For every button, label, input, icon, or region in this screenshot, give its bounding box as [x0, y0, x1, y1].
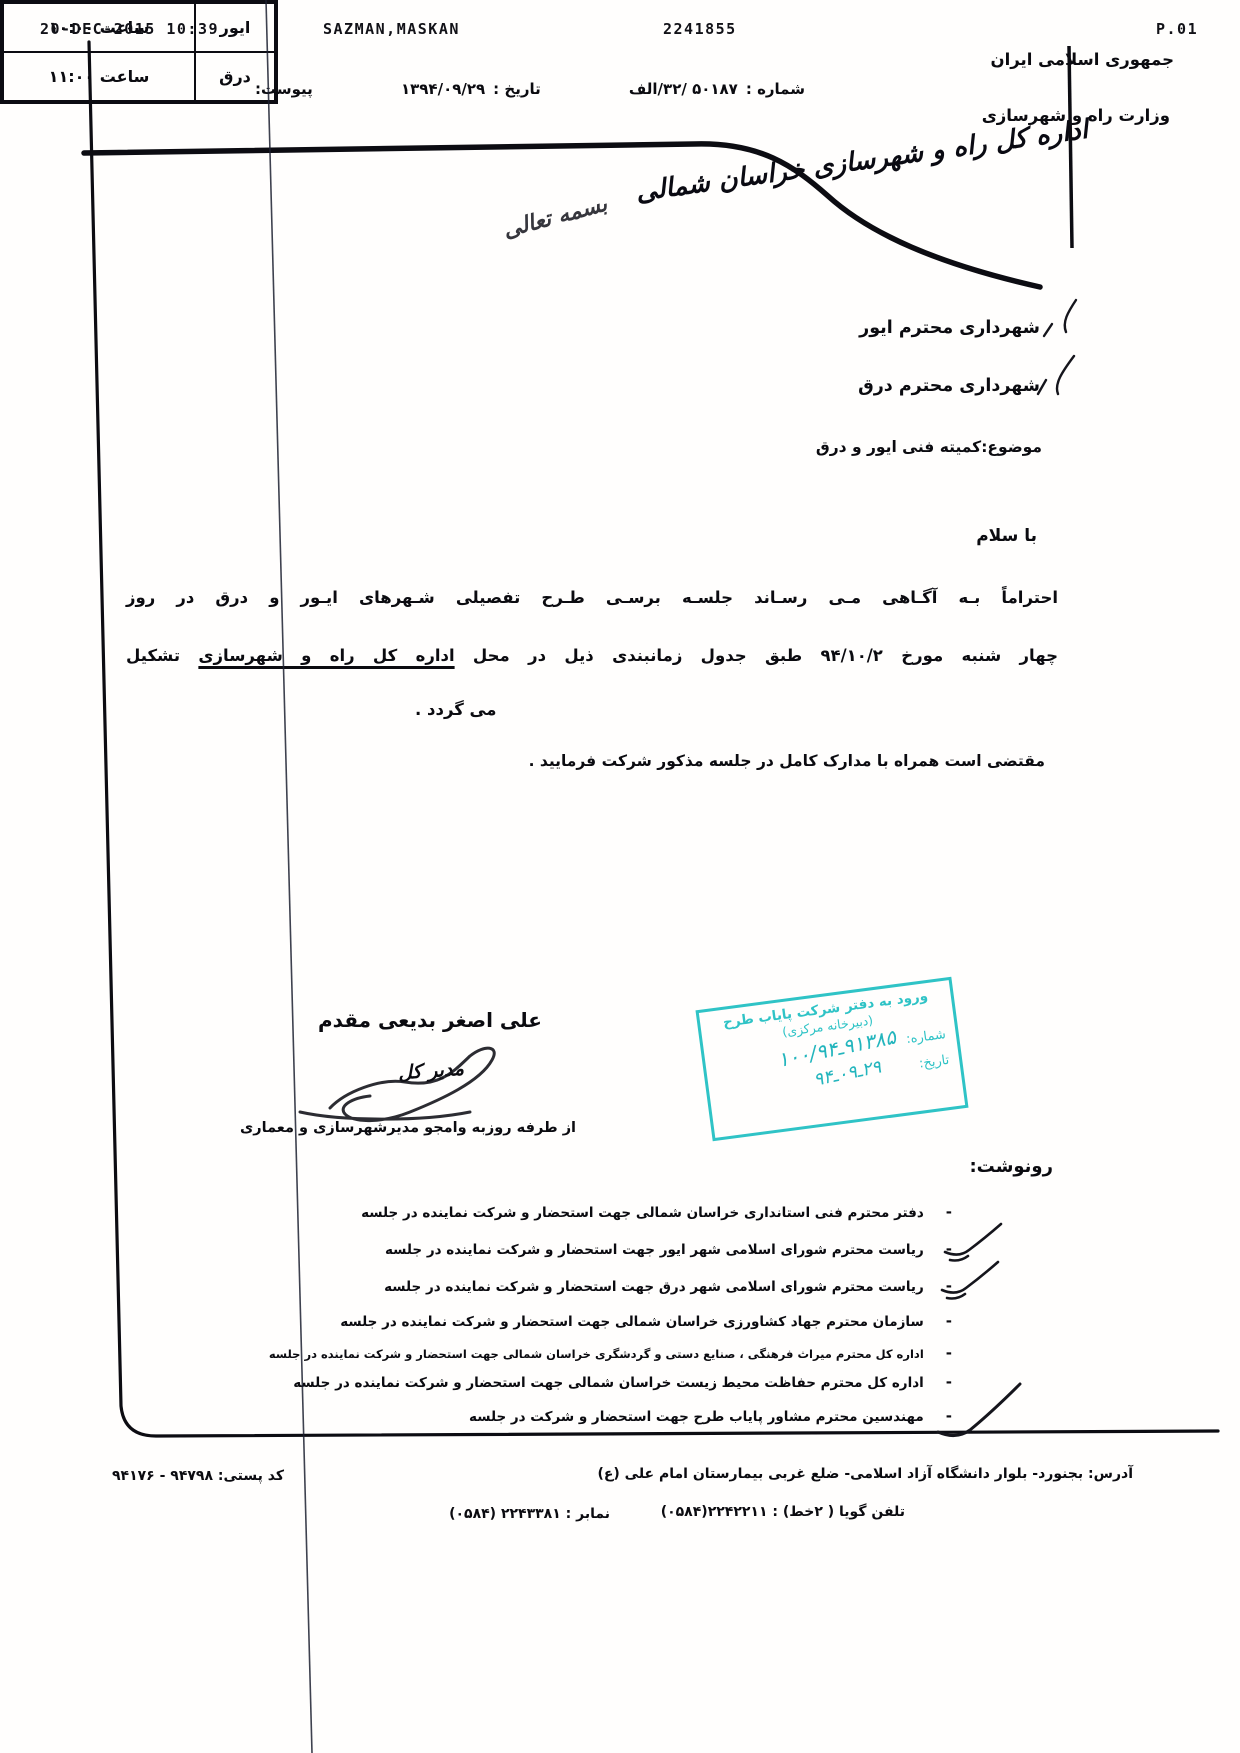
footer-postal-code: کد پستی: ۹۴۷۹۸ - ۹۴۱۷۶	[112, 1468, 284, 1484]
scan-artifacts-overlay	[0, 0, 1240, 1753]
cc-dash: -	[946, 1407, 952, 1425]
letter-attachment-field: پیوست:	[255, 80, 313, 98]
footer-phone: تلفن گویا ( ۲خط) : ۲۲۴۲۲۱۱(۰۵۸۴)	[661, 1504, 905, 1520]
cc-dash: -	[946, 1277, 952, 1295]
cc-checkmark	[945, 1224, 1001, 1261]
cc-item: - ریاست محترم شورای اسلامی شهر ایور جهت …	[385, 1240, 952, 1258]
body-paragraph-line1: احتراماً بـه آگـاهی مـی رسـاند جلسـه برس…	[126, 588, 1058, 607]
cc-item-text: سازمان محترم جهاد کشاورزی خراسان شمالی ج…	[340, 1314, 924, 1330]
cc-item: - دفتر محترم فنی استانداری خراسان شمالی …	[361, 1203, 952, 1221]
page-frame-border	[89, 42, 1218, 1436]
letterhead-fields: شماره : ۵۰۱۸۷ /۳۲/الف تاریخ : ۱۳۹۴/۰۹/۲۹…	[255, 80, 805, 98]
body-request-line: مقتضی است همراه با مدارک کامل در جلسه مذ…	[529, 752, 1045, 770]
cc-dash: -	[946, 1240, 952, 1258]
cc-item-text: اداره کل محترم حفاظت محیط زیست خراسان شم…	[293, 1375, 924, 1391]
greeting: با سلام	[976, 526, 1037, 546]
letter-attachment-label: پیوست:	[255, 80, 313, 98]
signatory-title: مدیر کل	[397, 1058, 464, 1085]
fax-code: 2241855	[663, 20, 737, 38]
company-receipt-stamp: ورود به دفتر شرکت پایاب طرح (دبیرخانه مر…	[695, 977, 968, 1142]
letter-date-value: ۱۳۹۴/۰۹/۲۹	[401, 80, 485, 98]
cc-dash: -	[946, 1312, 952, 1330]
cc-dash: -	[946, 1373, 952, 1391]
letter-number-label: شماره :	[746, 80, 805, 98]
cc-item-text: ریاست محترم شورای اسلامی شهر ایور جهت اس…	[385, 1242, 924, 1258]
cc-item: - اداره کل محترم میراث فرهنگی ، صنایع دس…	[269, 1344, 952, 1362]
signature-scribble	[300, 1048, 494, 1120]
scan-fold-line	[266, 0, 312, 1753]
cc-dash: -	[946, 1344, 952, 1362]
recipient-handwritten-mark	[1044, 300, 1076, 336]
fax-datetime: 20-DEC-2015 10:39	[40, 20, 219, 38]
cc-item: - مهندسین محترم مشاور پایاب طرح جهت استح…	[469, 1407, 952, 1425]
fax-page-number: P.01	[1156, 20, 1198, 38]
body-line2-pre: چهار شنبه مورخ ۹۴/۱۰/۲ طبق جدول زمانبندی…	[455, 646, 1058, 665]
letterhead-office-calligraphy: اداره کل راه و شهرسازی خراسان شمالی	[634, 115, 1090, 208]
cc-item: - ریاست محترم شورای اسلامی شهر درق جهت ا…	[384, 1277, 952, 1295]
recipient-ayor: شهرداری محترم ایور	[859, 318, 1040, 338]
bismillah-calligraphy: بسمه تعالی	[501, 192, 610, 244]
fax-sender: SAZMAN,MASKAN	[323, 20, 460, 38]
body-line2-post: تشکیل	[126, 646, 198, 665]
footer-address: آدرس: بجنورد- بلوار دانشگاه آزاد اسلامی-…	[597, 1466, 1133, 1482]
subject-line: موضوع:کمیته فنی ایور و درق	[816, 438, 1042, 456]
footer-fax-number: نمابر : ۲۲۴۳۳۸۱ (۰۵۸۴)	[449, 1506, 610, 1522]
schedule-table: ایور ساعت ۱۰:۰۰ درق ساعت ۱۱:۰۰	[0, 0, 278, 104]
letterhead-country: جمهوری اسلامی ایران	[991, 50, 1174, 69]
signature-on-behalf-note: از طرفه روزبه وامجو مدیرشهرسازی و معماری	[240, 1120, 576, 1136]
recipient-handwritten-mark	[1038, 356, 1074, 394]
letter-date-field: تاریخ : ۱۳۹۴/۰۹/۲۹	[401, 80, 541, 98]
body-paragraph-line3: می گردد .	[415, 700, 496, 719]
cc-item: - اداره کل محترم حفاظت محیط زیست خراسان …	[293, 1373, 952, 1391]
letter-date-label: تاریخ :	[493, 80, 541, 98]
cc-section-label: رونوشت:	[969, 1156, 1053, 1177]
recipient-daraq: شهرداری محترم درق	[858, 376, 1040, 396]
table-cell-time: ساعت ۱۱:۰۰	[3, 52, 195, 101]
signatory-name: علی اصغر بدیعی مقدم	[318, 1008, 542, 1032]
scanned-fax-letter: 20-DEC-2015 10:39 SAZMAN,MASKAN 2241855 …	[0, 0, 1240, 1753]
cc-item: - سازمان محترم جهاد کشاورزی خراسان شمالی…	[340, 1312, 952, 1330]
letter-number-value: ۵۰۱۸۷ /۳۲/الف	[629, 80, 738, 98]
body-line2-underlined-office: اداره کل راه و شهرسازی	[198, 646, 454, 665]
cc-dash: -	[946, 1203, 952, 1221]
cc-item-text: اداره کل محترم میراث فرهنگی ، صنایع دستی…	[269, 1347, 924, 1361]
stamp-date-label: تاریخ:	[918, 1053, 950, 1072]
cc-item-text: دفتر محترم فنی استانداری خراسان شمالی جه…	[361, 1205, 924, 1221]
body-paragraph-line2: چهار شنبه مورخ ۹۴/۱۰/۲ طبق جدول زمانبندی…	[126, 646, 1058, 665]
cc-item-text: مهندسین محترم مشاور پایاب طرح جهت استحضا…	[469, 1409, 924, 1425]
cc-item-text: ریاست محترم شورای اسلامی شهر درق جهت است…	[384, 1279, 924, 1295]
letter-number-field: شماره : ۵۰۱۸۷ /۳۲/الف	[629, 80, 805, 98]
stamp-number-label: شماره:	[905, 1027, 946, 1047]
